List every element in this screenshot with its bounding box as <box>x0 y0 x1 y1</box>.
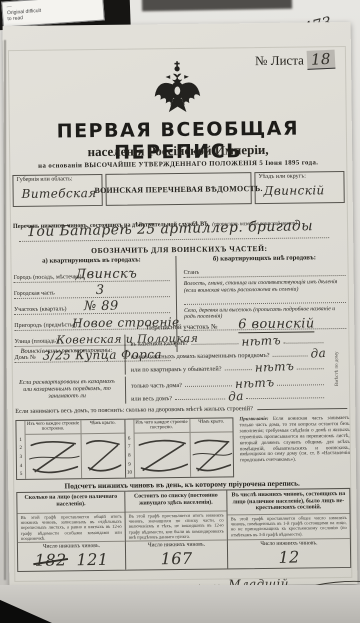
value-handwritten: 167 <box>161 549 193 568</box>
tally-col-on-list: Состоитъ по списку (постоянно живущаго з… <box>125 490 228 569</box>
row-number: 5 <box>20 472 23 477</box>
row-number: 4 <box>20 464 23 469</box>
field-value-handwritten: 3 <box>96 283 105 298</box>
question-text: только часть дома? <box>131 382 182 390</box>
crossout-mark <box>190 433 233 476</box>
census-district-label: Переписной участокъ № <box>146 324 217 332</box>
census-district-value-handwritten: 6 воинскій <box>238 316 315 333</box>
field-value-handwritten: № 89 <box>84 299 119 314</box>
row-number: 2 <box>19 446 22 451</box>
footnote-text: Если воинская часть занимаетъ только час… <box>239 416 349 464</box>
row-number: 8 <box>128 454 131 459</box>
gubernia-box: Губернія или область: Витебская <box>12 174 102 207</box>
tally-value-cell: 12 <box>228 547 350 568</box>
answer-handwritten: нѣтъ <box>241 335 281 347</box>
roof-column: Чѣмъ крыто. <box>82 420 125 479</box>
tally-value-cell: 167 <box>126 548 227 569</box>
field-city: Городъ (посадъ, мѣстечко) Двинскъ <box>14 266 170 283</box>
crossout-mark <box>134 434 190 477</box>
answer-handwritten: да <box>311 348 327 359</box>
column-header: Изъ чего каждое строеніе построено. <box>25 420 80 435</box>
occupancy-option: или весь домъ? да <box>131 387 327 402</box>
gubernia-label: Губернія или область: <box>16 176 98 183</box>
row-number: 10 <box>127 471 132 476</box>
uezd-label: Уѣздъ или округъ: <box>258 173 340 180</box>
value-handwritten: 121 <box>76 550 108 569</box>
dotted-answer-line <box>297 368 324 369</box>
built-column: Изъ чего каждое строеніе построено. <box>134 419 191 478</box>
gubernia-value-handwritten: Витебская <box>22 186 97 201</box>
crossout-mark <box>26 435 82 478</box>
paper-edge-shadow-line <box>4 40 6 580</box>
value-handwritten: 12 <box>278 548 299 567</box>
tally-note: Въ этой графѣ проставляется общее число … <box>228 514 350 539</box>
footnote-title: Примѣчаніе: <box>239 417 268 422</box>
column-header: Чѣмъ крыто. <box>82 420 125 435</box>
form-type-title: ВОИНСКАЯ ПЕРЕЧНЕВАЯ ВѢДОМОСТЬ. <box>105 172 251 206</box>
row-number: 6 <box>128 436 131 441</box>
answer-handwritten: да <box>228 391 244 402</box>
uezd-value-handwritten: Двинскій <box>264 183 325 198</box>
dotted-answer-line <box>175 398 225 400</box>
tally-header: Сколько на лицо (всего наличнаго населен… <box>17 492 124 514</box>
roof-column: Чѣмъ крыто. <box>190 418 233 477</box>
field-stan: Станъ <box>184 264 346 278</box>
row-number: 9 <box>128 462 131 467</box>
vertical-margin-note: Вмѣстѣ по дому <box>334 334 347 404</box>
field-label: Домъ № <box>15 355 36 361</box>
buildings-table: 1 2 3 4 5 Изъ чего каждое строеніе постр… <box>15 417 234 480</box>
sheet-number-row: № Листа 18 <box>255 50 335 70</box>
question-text: или по квартирамъ у обывателей? <box>131 365 222 373</box>
buildings-table-left: 1 2 3 4 5 Изъ чего каждое строеніе постр… <box>16 420 125 479</box>
field-label: Пригородъ (предмѣстье) <box>14 322 77 329</box>
quartering-option: или по квартирамъ у обывателей? нѣтъ <box>131 358 327 373</box>
scan-edge-strip <box>142 0 292 11</box>
sheet-number-value: 18 <box>307 50 336 70</box>
footnote-block: Примѣчаніе: Если воинская часть занимает… <box>239 416 350 465</box>
dotted-answer-line <box>247 397 325 399</box>
census-form-paper: № Листа 18 ПЕРВАЯ ВСЕОБЩАЯ ПЕРЕПИСЬ насе… <box>3 22 358 588</box>
tally-note: Въ этой графѣ проставляется итогъ нижних… <box>126 511 227 540</box>
crossed-value-handwritten: 182 <box>35 550 67 569</box>
answer-handwritten: нѣтъ <box>254 361 294 373</box>
row-number: 3 <box>20 455 23 460</box>
built-column: Изъ чего каждое строеніе построено. <box>25 420 82 479</box>
buildings-table-right: 6 7 8 9 10 Изъ чего каждое строеніе пост… <box>125 418 233 477</box>
field-label: Станъ <box>184 270 200 276</box>
quartering-options: въ казенной казармѣ? нѣтъ или въ частных… <box>130 332 326 373</box>
dotted-answer-line <box>283 342 323 343</box>
region-row: Губернія или область: Витебская ВОИНСКАЯ… <box>12 171 344 207</box>
city-column-title: а) квартирующихъ въ городахъ: <box>13 256 169 265</box>
tally-col-nonpeasant: Въ числѣ нижнихъ чиновъ, состоящихъ на л… <box>227 489 350 568</box>
field-label: Улица (площадь) <box>14 338 58 345</box>
dotted-answer-line <box>225 369 252 370</box>
tally-table: Сколько на лицо (всего наличнаго населен… <box>16 488 351 572</box>
tally-note: Въ этой графѣ проставляется общій итогъ … <box>18 513 125 542</box>
occupancy-label: Если расквартированы въ казармахъ или ка… <box>15 379 119 401</box>
scan-bottom-band <box>0 585 360 623</box>
row-number: 7 <box>128 445 131 450</box>
rural-column-title: б) квартирующихъ внѣ городовъ: <box>183 254 345 263</box>
dotted-answer-line <box>191 343 238 345</box>
answer-handwritten: нѣтъ <box>234 377 274 389</box>
field-label: Участокъ (кварталъ) <box>14 306 66 313</box>
uezd-box: Уѣздъ или округъ: Двинскій <box>254 171 344 204</box>
tally-header: Состоитъ по списку (постоянно живущаго з… <box>125 490 226 512</box>
column-header: Чѣмъ крыто. <box>190 418 233 433</box>
question-text: или весь домъ? <box>131 395 172 402</box>
blank-ruled-line <box>184 293 346 305</box>
crossout-mark <box>82 435 125 478</box>
field-uchastok: Участокъ (кварталъ) № 89 <box>14 298 170 315</box>
tally-header: Въ числѣ нижнихъ чиновъ, состоящихъ на л… <box>227 489 349 515</box>
scanned-census-form-photo: — Original difficult to read 473 № Листа… <box>0 0 360 623</box>
field-city-part: Городская часть 3 <box>14 282 170 299</box>
tally-value-cell: 182 121 <box>18 550 125 571</box>
quartering-label: Воинскіе чины расквартированы: <box>15 347 119 355</box>
dotted-answer-line <box>277 384 324 386</box>
tally-col-present: Сколько на лицо (всего наличнаго населен… <box>17 492 126 571</box>
question-text: въ казенной казармѣ? <box>130 340 188 348</box>
column-header: Изъ чего каждое строеніе построено. <box>134 419 189 434</box>
dotted-answer-line <box>273 355 309 356</box>
sheet-number-label: № Листа <box>255 52 304 68</box>
field-value-handwritten: Двинскъ <box>76 267 138 283</box>
blank-answer-line <box>257 408 347 410</box>
field-label: Городская часть <box>14 291 55 297</box>
field-label: Городъ (посадъ, мѣстечко) <box>14 274 82 281</box>
occupancy-options: только часть дома? нѣтъ или весь домъ? д… <box>131 374 327 402</box>
dotted-answer-line <box>185 385 232 387</box>
row-number: 1 <box>19 438 22 443</box>
imperial-double-eagle-emblem <box>151 58 204 117</box>
